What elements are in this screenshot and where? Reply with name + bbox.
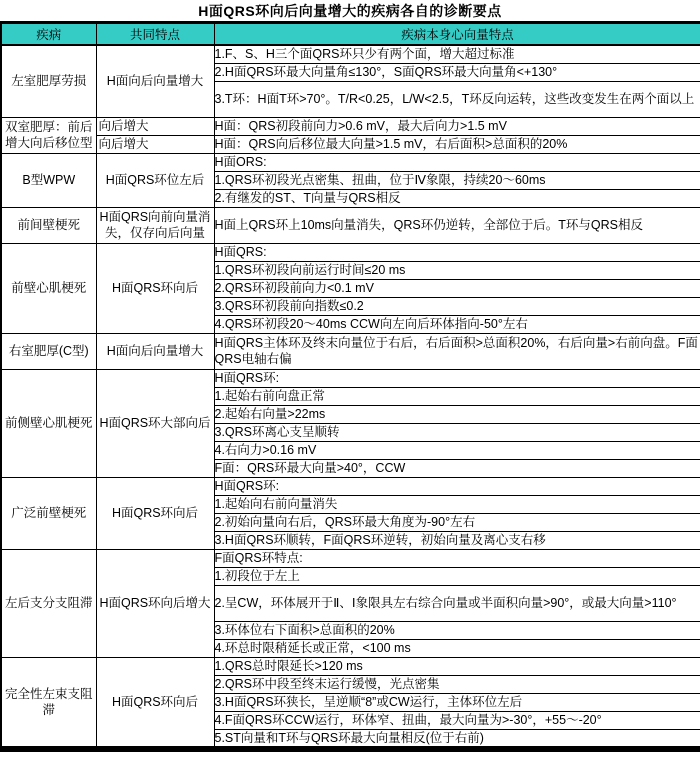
vector-feature-cell: F面QRS环特点:: [214, 549, 700, 567]
common-feature-cell: H面向后向量增大: [96, 333, 214, 369]
vector-feature-cell: H面QRS环:: [214, 369, 700, 387]
page-title: H面QRS环向后向量增大的疾病各自的诊断要点: [0, 0, 700, 21]
table-row: 双室肥厚：前后增大向后移位型向后增大H面：QRS初段前向力>0.6 mV，最大后…: [1, 117, 700, 135]
vector-feature-cell: 2.起始右向量>22ms: [214, 405, 700, 423]
common-feature-cell: H面向后向量增大: [96, 45, 214, 117]
vector-feature-cell: 4.环总时限稍延长或正常，<100 ms: [214, 639, 700, 657]
vector-feature-cell: 4.QRS环初段20～40ms CCW向左向后环体指向-50°左右: [214, 315, 700, 333]
vector-feature-cell: H面QRS:: [214, 243, 700, 261]
vector-feature-cell: 3.QRS环离心支呈顺转: [214, 423, 700, 441]
disease-cell: 左室肥厚劳损: [1, 45, 96, 117]
table-row: 左后支分支阻滞H面QRS环向后增大F面QRS环特点:: [1, 549, 700, 567]
diagnosis-table: 疾病 共同特点 疾病本身心向量特点 左室肥厚劳损H面向后向量增大1.F、S、H三…: [0, 21, 700, 752]
table-row: 前侧壁心肌梗死H面QRS环大部向后H面QRS环:: [1, 369, 700, 387]
table-row: 完全性左束支阻滞H面QRS环向后1.QRS总时限延长>120 ms: [1, 657, 700, 675]
vector-feature-cell: H面：QRS向后移位最大向量>1.5 mV，右后面积>总面积的20%: [214, 135, 700, 153]
vector-feature-cell: H面上QRS环上10ms向量消失，QRS环仍逆转，全部位于后。T环与QRS相反: [214, 207, 700, 243]
table-header-row: 疾病 共同特点 疾病本身心向量特点: [1, 23, 700, 46]
disease-cell: 双室肥厚：前后增大向后移位型: [1, 117, 96, 153]
common-feature-cell: H面QRS环向后: [96, 657, 214, 749]
common-feature-cell: H面QRS环向后: [96, 243, 214, 333]
table-row: 广泛前壁梗死H面QRS环向后H面QRS环:: [1, 477, 700, 495]
disease-cell: 完全性左束支阻滞: [1, 657, 96, 749]
vector-feature-cell: 2.QRS环中段至终末运行缓慢，光点密集: [214, 675, 700, 693]
common-feature-cell: H面QRS环向后: [96, 477, 214, 549]
vector-feature-cell: H面ORS:: [214, 153, 700, 171]
vector-feature-cell: 3.T环：H面T环>70°。T/R<0.25，L/W<2.5，T环反向运转，这些…: [214, 81, 700, 117]
table-row: 右室肥厚(C型)H面向后向量增大H面QRS主体环及终末向量位于右后，右后面积>总…: [1, 333, 700, 369]
vector-feature-cell: 4.F面QRS环CCW运行，环体窄、扭曲，最大向量为>-30°，+55～-20°: [214, 711, 700, 729]
disease-cell: 前侧壁心肌梗死: [1, 369, 96, 477]
vector-feature-cell: 1.QRS环初段向前运行时间≤20 ms: [214, 261, 700, 279]
column-header-disease: 疾病: [1, 23, 96, 46]
document-page: H面QRS环向后向量增大的疾病各自的诊断要点 疾病 共同特点 疾病本身心向量特点…: [0, 0, 700, 761]
vector-feature-cell: 1.初段位于左上: [214, 567, 700, 585]
vector-feature-cell: 2.有继发的ST、T向量与QRS相反: [214, 189, 700, 207]
disease-cell: B型WPW: [1, 153, 96, 207]
table-body: 左室肥厚劳损H面向后向量增大1.F、S、H三个面QRS环只少有两个面，增大超过标…: [1, 45, 700, 749]
vector-feature-cell: 2.H面QRS环最大向量角≤130°，S面QRS环最大向量角<+130°: [214, 63, 700, 81]
vector-feature-cell: 3.QRS环初段前向指数≤0.2: [214, 297, 700, 315]
vector-feature-cell: 5.ST向量和T环与QRS环最大向量相反(位于右前): [214, 729, 700, 749]
vector-feature-cell: 1.F、S、H三个面QRS环只少有两个面，增大超过标准: [214, 45, 700, 63]
disease-cell: 前间壁梗死: [1, 207, 96, 243]
vector-feature-cell: 1.起始右前向盘正常: [214, 387, 700, 405]
disease-cell: 右室肥厚(C型): [1, 333, 96, 369]
common-feature-cell: 向后增大: [96, 117, 214, 135]
vector-feature-cell: 3.H面QRS环狭长，呈逆顺“8”或CW运行，主体环位左后: [214, 693, 700, 711]
vector-feature-cell: 2.呈CW，环体展开于Ⅱ、Ⅰ象限具左右综合向量或半面积向量>90°，或最大向量>…: [214, 585, 700, 621]
vector-feature-cell: H面QRS环:: [214, 477, 700, 495]
common-feature-cell: H面QRS向前向量消失，仅存向后向量: [96, 207, 214, 243]
common-feature-cell: H面QRS环位左后: [96, 153, 214, 207]
column-header-vector-features: 疾病本身心向量特点: [214, 23, 700, 46]
common-feature-cell: 向后增大: [96, 135, 214, 153]
table-row: 左室肥厚劳损H面向后向量增大1.F、S、H三个面QRS环只少有两个面，增大超过标…: [1, 45, 700, 63]
column-header-common-features: 共同特点: [96, 23, 214, 46]
disease-cell: 广泛前壁梗死: [1, 477, 96, 549]
vector-feature-cell: 1.起始向右前向量消失: [214, 495, 700, 513]
table-row: 前间壁梗死H面QRS向前向量消失，仅存向后向量H面上QRS环上10ms向量消失，…: [1, 207, 700, 243]
disease-cell: 前壁心肌梗死: [1, 243, 96, 333]
common-feature-cell: H面QRS环大部向后: [96, 369, 214, 477]
table-row: 向后增大H面：QRS向后移位最大向量>1.5 mV，右后面积>总面积的20%: [1, 135, 700, 153]
vector-feature-cell: 1.QRS环初段光点密集、扭曲，位于Ⅳ象限，持续20～60ms: [214, 171, 700, 189]
vector-feature-cell: 3.H面QRS环顺转，F面QRS环逆转，初始向量及离心支右移: [214, 531, 700, 549]
common-feature-cell: H面QRS环向后增大: [96, 549, 214, 657]
table-row: 前壁心肌梗死H面QRS环向后H面QRS:: [1, 243, 700, 261]
vector-feature-cell: H面QRS主体环及终末向量位于右后，右后面积>总面积20%，右后向量>右前向盘。…: [214, 333, 700, 369]
table-row: B型WPWH面QRS环位左后H面ORS:: [1, 153, 700, 171]
vector-feature-cell: 4.右向力>0.16 mV: [214, 441, 700, 459]
vector-feature-cell: 3.环体位右下面积>总面积的20%: [214, 621, 700, 639]
vector-feature-cell: 1.QRS总时限延长>120 ms: [214, 657, 700, 675]
disease-cell: 左后支分支阻滞: [1, 549, 96, 657]
vector-feature-cell: F面：QRS环最大向量>40°，CCW: [214, 459, 700, 477]
vector-feature-cell: 2.初始向量向右后，QRS环最大角度为-90°左右: [214, 513, 700, 531]
vector-feature-cell: 2.QRS环初段前向力<0.1 mV: [214, 279, 700, 297]
vector-feature-cell: H面：QRS初段前向力>0.6 mV，最大后向力>1.5 mV: [214, 117, 700, 135]
